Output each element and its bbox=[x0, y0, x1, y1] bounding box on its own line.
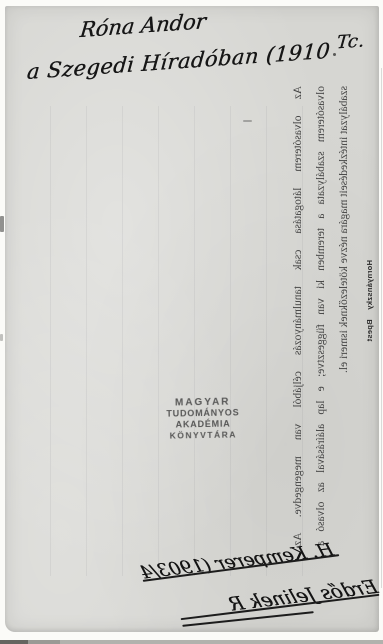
ink-dash bbox=[243, 120, 252, 122]
edge-speck bbox=[0, 334, 3, 341]
edge-speck bbox=[0, 216, 4, 232]
rules-line-2: olvasóterem szabályzata a teremben ki va… bbox=[310, 86, 333, 546]
paper-edge-line bbox=[381, 68, 382, 588]
rules-line-3: szabályzat intézkedéseit magára nézve kö… bbox=[333, 86, 356, 546]
handwritten-superscript: Tc. bbox=[336, 30, 366, 53]
library-stamp: MAGYAR TUDOMÁNYOS AKADÉMIA KÖNYVTÁRA bbox=[140, 396, 267, 442]
ink-dot bbox=[333, 53, 336, 56]
faint-ruled-lines bbox=[50, 106, 325, 576]
illegible-micro-text: Hornyánszky Bpest bbox=[365, 260, 381, 336]
scanned-card-photo: Róna Andor a Szegedi Híradóban (1910Tc. … bbox=[0, 0, 383, 644]
bleedthrough-rules-text: Az olvasóterem látogatása csak tanulmány… bbox=[287, 86, 357, 546]
stamp-line-2: TUDOMÁNYOS AKADÉMIA bbox=[140, 407, 266, 431]
stamp-line-3: KÖNYVTÁRA bbox=[140, 429, 266, 442]
scan-bottom-edge bbox=[0, 640, 383, 644]
rules-line-1: Az olvasóterem látogatása csak tanulmány… bbox=[287, 86, 310, 546]
